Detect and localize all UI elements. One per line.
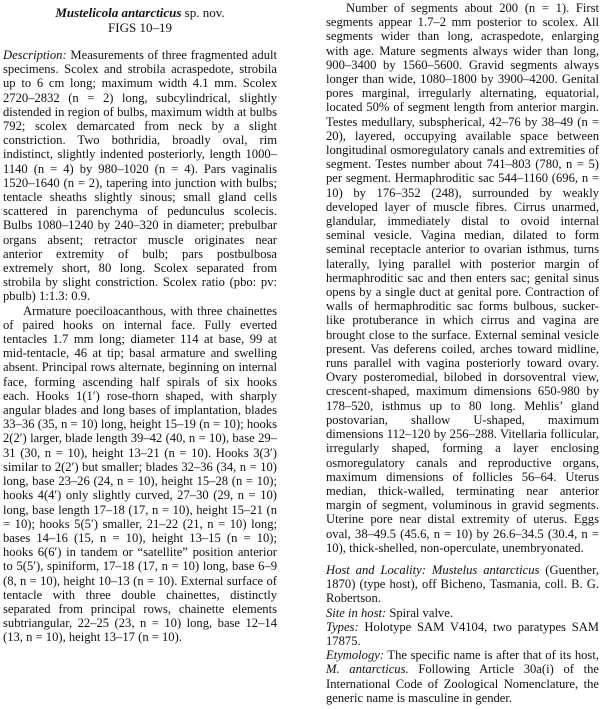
types-label: Types: [326, 620, 359, 634]
right-column: Number of segments about 200 (n = 1). Fi… [326, 1, 599, 705]
armature-paragraph: Armature poeciloacanthous, with three ch… [3, 304, 277, 645]
host-locality-label: Host and Locality: [326, 563, 426, 577]
description-paragraph: Description: Measurements of three fragm… [3, 48, 277, 304]
etymology-host-abbrev: M. antarcticus. [326, 662, 409, 676]
figures-reference: FIGS 10–19 [3, 21, 277, 36]
etymology-paragraph: Etymology: The specific name is after th… [326, 648, 599, 705]
species-name: Mustelicola antarcticus [55, 5, 181, 20]
site-text: Spiral valve. [386, 606, 453, 620]
species-heading: Mustelicola antarcticus sp. nov. [3, 6, 277, 21]
host-locality-paragraph: Host and Locality: Mustelus antarcticus … [326, 563, 599, 606]
left-column: Mustelicola antarcticus sp. nov. FIGS 10… [3, 0, 277, 645]
etymology-label: Etymology: [326, 648, 384, 662]
segments-paragraph: Number of segments about 200 (n = 1). Fi… [326, 1, 599, 555]
etymology-text-before: The specific name is after that of its h… [384, 648, 599, 662]
species-suffix: sp. nov. [181, 5, 224, 20]
site-paragraph: Site in host: Spiral valve. [326, 606, 599, 620]
description-label: Description: [3, 48, 67, 62]
types-text: Holotype SAM V4104, two paratypes SAM 17… [326, 620, 599, 648]
site-label: Site in host: [326, 606, 386, 620]
types-paragraph: Types: Holotype SAM V4104, two paratypes… [326, 620, 599, 648]
description-text: Measurements of three fragmented adult s… [3, 48, 277, 303]
host-name: Mustelus antarcticus [426, 563, 539, 577]
